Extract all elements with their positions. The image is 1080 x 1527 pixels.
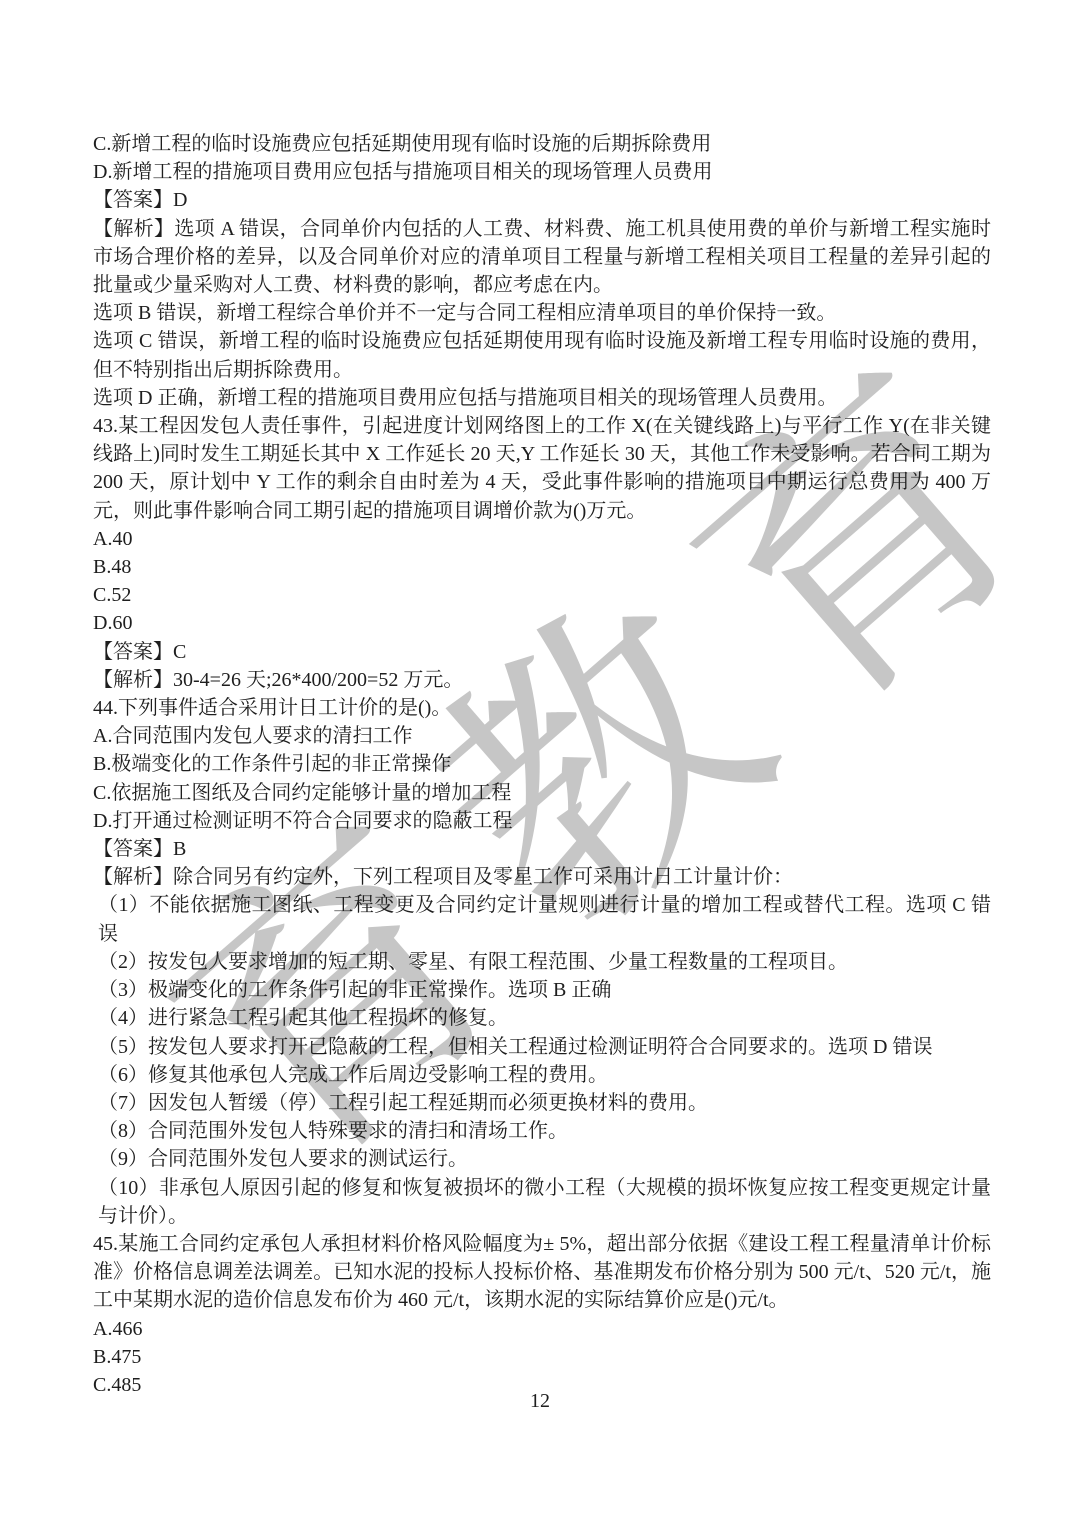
paragraph: C.依据施工图纸及合同约定能够计量的增加工程	[93, 779, 991, 807]
paragraph: C.52	[93, 581, 991, 609]
paragraph: （10）非承包人原因引起的修复和恢复被损坏的微小工程（大规模的损坏恢复应按工程变…	[93, 1174, 991, 1230]
paragraph: A.40	[93, 525, 991, 553]
paragraph: B.48	[93, 553, 991, 581]
paragraph: 45.某施工合同约定承包人承担材料价格风险幅度为± 5%，超出部分依据《建设工程…	[93, 1230, 991, 1315]
paragraph: （7）因发包人暂缓（停）工程引起工程延期而必须更换材料的费用。	[93, 1089, 991, 1117]
page-number: 12	[0, 1390, 1080, 1413]
paragraph: B.极端变化的工作条件引起的非正常操作	[93, 750, 991, 778]
paragraph: D.打开通过检测证明不符合合同要求的隐蔽工程	[93, 807, 991, 835]
paragraph: B.475	[93, 1343, 991, 1371]
paragraph: D.60	[93, 609, 991, 637]
document-content: C.新增工程的临时设施费应包括延期使用现有临时设施的后期拆除费用 D.新增工程的…	[93, 130, 991, 1399]
paragraph: （1）不能依据施工图纸、工程变更及合同约定计量规则进行计量的增加工程或替代工程。…	[93, 891, 991, 947]
paragraph: （8）合同范围外发包人特殊要求的清扫和清场工作。	[93, 1117, 991, 1145]
paragraph: （2）按发包人要求增加的短工期、零星、有限工程范围、少量工程数量的工程项目。	[93, 948, 991, 976]
paragraph: 【解析】除合同另有约定外，下列工程项目及零星工作可采用计日工计量计价：	[93, 863, 991, 891]
paragraph: （4）进行紧急工程引起其他工程损坏的修复。	[93, 1004, 991, 1032]
paragraph: 【解析】选项 A 错误，合同单价内包括的人工费、材料费、施工机具使用费的单价与新…	[93, 215, 991, 300]
paragraph: A.466	[93, 1315, 991, 1343]
paragraph: 44.下列事件适合采用计日工计价的是()。	[93, 694, 991, 722]
paragraph: 【答案】B	[93, 835, 991, 863]
paragraph: （6）修复其他承包人完成工作后周边受影响工程的费用。	[93, 1061, 991, 1089]
paragraph: 选项 B 错误，新增工程综合单价并不一定与合同工程相应清单项目的单价保持一致。	[93, 299, 991, 327]
paragraph: 选项 D 正确，新增工程的措施项目费用应包括与措施项目相关的现场管理人员费用。	[93, 384, 991, 412]
paragraph: 【答案】C	[93, 638, 991, 666]
paragraph: 【答案】D	[93, 186, 991, 214]
paragraph: （3）极端变化的工作条件引起的非正常操作。选项 B 正确	[93, 976, 991, 1004]
paragraph: C.新增工程的临时设施费应包括延期使用现有临时设施的后期拆除费用	[93, 130, 991, 158]
document-page: 育教育 C.新增工程的临时设施费应包括延期使用现有临时设施的后期拆除费用 D.新…	[0, 0, 1080, 1527]
paragraph: 选项 C 错误，新增工程的临时设施费应包括延期使用现有临时设施及新增工程专用临时…	[93, 327, 991, 383]
paragraph: （9）合同范围外发包人要求的测试运行。	[93, 1145, 991, 1173]
paragraph: （5）按发包人要求打开已隐蔽的工程，但相关工程通过检测证明符合合同要求的。选项 …	[93, 1033, 991, 1061]
paragraph: 【解析】30-4=26 天;26*400/200=52 万元。	[93, 666, 991, 694]
paragraph: A.合同范围内发包人要求的清扫工作	[93, 722, 991, 750]
paragraph: D.新增工程的措施项目费用应包括与措施项目相关的现场管理人员费用	[93, 158, 991, 186]
paragraph: 43.某工程因发包人责任事件，引起进度计划网络图上的工作 X(在关键线路上)与平…	[93, 412, 991, 525]
